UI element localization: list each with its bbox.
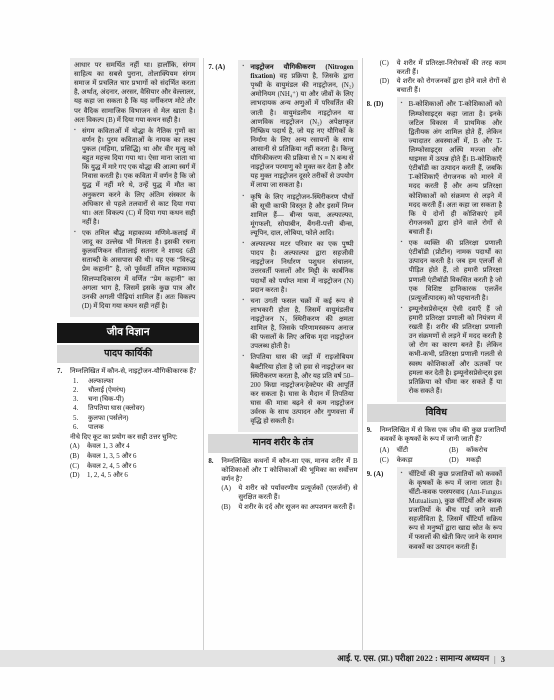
- question-9-options: (A)चींटी (B)कॉकरोच (C)केकड़ा (D)मकड़ी: [380, 445, 506, 464]
- answer-9: 9. (A) चींटियों की कुछ प्रजातियों को कवक…: [367, 467, 506, 558]
- answer-9-explanation-box: चींटियों की कुछ प्रजातियों को कवकों के क…: [397, 467, 506, 558]
- answer-8-explanation-box: B-कोशिकाओं और T-कोशिकाओं को लिम्फोसाइट्स…: [397, 97, 506, 402]
- continuation-bullet: एक तमिल बौद्ध महाकाव्य मणिमे-कलाई में जा…: [74, 229, 195, 311]
- answer-continuation-box: आधार पर समर्थित नहीं था। हालाँकि, संगम स…: [70, 58, 199, 317]
- list-item: 3.चना (चिक-पी): [70, 395, 199, 404]
- column-right: (C)ये शरीर में प्रतिरक्षा-निरोधकों की तर…: [367, 58, 506, 650]
- option-c: (C)ये शरीर में प्रतिरक्षा-निरोधकों की तर…: [380, 59, 506, 77]
- question-8-text: निम्नलिखित कथनों में कौन-सा एक, मानव शरी…: [221, 457, 357, 484]
- option-d: (D)ये शरीर को रोगजनकों द्वारा होने वाले …: [380, 77, 506, 95]
- question-7-instruction: नीचे दिए कूट का प्रयोग कर सही उत्तर चुनि…: [70, 433, 199, 442]
- option-a: (A)केवल 1, 3 और 4: [70, 442, 199, 451]
- option-c: (C)केवल 2, 4, 5 और 6: [70, 462, 199, 471]
- question-8: 8. निम्नलिखित कथनों में कौन-सा एक, मानव …: [208, 457, 357, 513]
- option-b: (B)केवल 1, 3, 5 और 6: [70, 452, 199, 461]
- page-content: आधार पर समर्थित नहीं था। हालाँकि, संगम स…: [57, 58, 506, 650]
- section-header-biology: जीव विज्ञान: [57, 323, 199, 343]
- column-divider: [203, 58, 204, 650]
- column-divider: [362, 58, 363, 650]
- question-9: 9. निम्नलिखित में से किस एक जीव की कुछ प…: [367, 426, 506, 464]
- option-b: (B)कॉकरोच: [449, 446, 506, 455]
- question-7-number: 7.: [57, 367, 70, 480]
- explanation-bullet: नाइट्रोजन यौगिकीकरण (Nitrogen fixation) …: [242, 63, 353, 191]
- question-9-body: निम्नलिखित में से किस एक जीव की कुछ प्रज…: [380, 426, 506, 464]
- option-a: (A)ये शरीर को पर्यावरणीय प्रत्यूर्जकों (…: [221, 484, 357, 502]
- option-d: (D)1, 2, 4, 5 और 6: [70, 471, 199, 480]
- option-a: (A)चींटी: [380, 446, 450, 455]
- answer-7: 7. (A) नाइट्रोजन यौगिकीकरण (Nitrogen fix…: [208, 60, 357, 432]
- list-item: 2.चौलाई (ऐमरंथ): [70, 386, 199, 395]
- question-7-text: निम्नलिखित में कौन-से, नाइट्रोजन-यौगिकीक…: [70, 367, 199, 376]
- option-c: (C)केकड़ा: [380, 456, 450, 465]
- column-middle: 7. (A) नाइट्रोजन यौगिकीकरण (Nitrogen fix…: [208, 58, 357, 650]
- explanation-bullet: B-कोशिकाओं और T-कोशिकाओं को लिम्फोसाइट्स…: [401, 100, 502, 237]
- continuation-bullet: संगम कविताओं में योद्धा के नैतिक गुणों क…: [74, 127, 195, 227]
- answer-7-explanation-box: नाइट्रोजन यौगिकीकरण (Nitrogen fixation) …: [238, 60, 357, 432]
- continuation-paragraph: आधार पर समर्थित नहीं था। हालाँकि, संगम स…: [74, 61, 195, 125]
- explanation-bullet: तिपतिया घास की जड़ों में राइजोबियम बैक्ट…: [242, 353, 353, 426]
- book-page: आधार पर समर्थित नहीं था। हालाँकि, संगम स…: [0, 0, 554, 700]
- explanation-bullet: अल्फाल्फा मटर परिवार का एक पुष्पी पादप ह…: [242, 240, 353, 295]
- footer-title: आई. ए. एस. (प्रा.) परीक्षा 2022 : सामान्…: [337, 653, 489, 664]
- section-header-miscellaneous: विविध: [367, 404, 506, 422]
- answer-7-label: 7. (A): [208, 60, 238, 432]
- list-item: 5.कुलफा (पर्सलेन): [70, 414, 199, 423]
- question-9-number: 9.: [367, 426, 380, 464]
- list-item: 4.तिपतिया घास (क्लोवर): [70, 404, 199, 413]
- list-item: 6.पालक: [70, 423, 199, 432]
- question-7: 7. निम्नलिखित में कौन-से, नाइट्रोजन-यौगि…: [57, 367, 199, 480]
- option-d: (D)मकड़ी: [449, 456, 506, 465]
- page-number: 3: [501, 654, 505, 664]
- section-header-plant-physiology: पादप कार्यिकी: [57, 345, 199, 363]
- section-header-human-body-systems: मानव शरीर के तंत्र: [208, 434, 357, 452]
- option-b: (B)ये शरीर के दर्द और सूजन का अपशमन करती…: [221, 503, 357, 512]
- explanation-bullet: चना उगती फसल चक्रों में कई रूप से लाभकार…: [242, 297, 353, 352]
- question-8-number: 8.: [208, 457, 221, 513]
- column-left: आधार पर समर्थित नहीं था। हालाँकि, संगम स…: [57, 58, 199, 650]
- answer-8: 8. (D) B-कोशिकाओं और T-कोशिकाओं को लिम्फ…: [367, 97, 506, 402]
- question-7-items: 1.अल्फाल्फा 2.चौलाई (ऐमरंथ) 3.चना (चिक-प…: [70, 377, 199, 432]
- explanation-bullet: इम्यूनोसप्रेसेन्ट्स ऐसी दवाएँ हैं जो हमा…: [401, 305, 502, 396]
- explanation-bullet: कृषि के लिए नाइट्रोजन-स्थिरीकरण पौधों की…: [242, 193, 353, 239]
- list-item: 1.अल्फाल्फा: [70, 377, 199, 386]
- question-8-options-continued: (C)ये शरीर में प्रतिरक्षा-निरोधकों की तर…: [367, 58, 506, 95]
- answer-8-label: 8. (D): [367, 97, 397, 402]
- page-footer: आई. ए. एस. (प्रा.) परीक्षा 2022 : सामान्…: [0, 650, 554, 667]
- question-8-body: निम्नलिखित कथनों में कौन-सा एक, मानव शरी…: [221, 457, 357, 513]
- question-7-body: निम्नलिखित में कौन-से, नाइट्रोजन-यौगिकीक…: [70, 367, 199, 480]
- explanation-bullet: चींटियों की कुछ प्रजातियों को कवकों के क…: [401, 470, 502, 552]
- question-9-text: निम्नलिखित में से किस एक जीव की कुछ प्रज…: [380, 426, 506, 444]
- explanation-bullet: एक व्यक्ति की प्रतिरक्षा प्रणाली एंटीबॉड…: [401, 239, 502, 303]
- footer-separator: |: [494, 654, 496, 664]
- answer-9-label: 9. (A): [367, 467, 397, 558]
